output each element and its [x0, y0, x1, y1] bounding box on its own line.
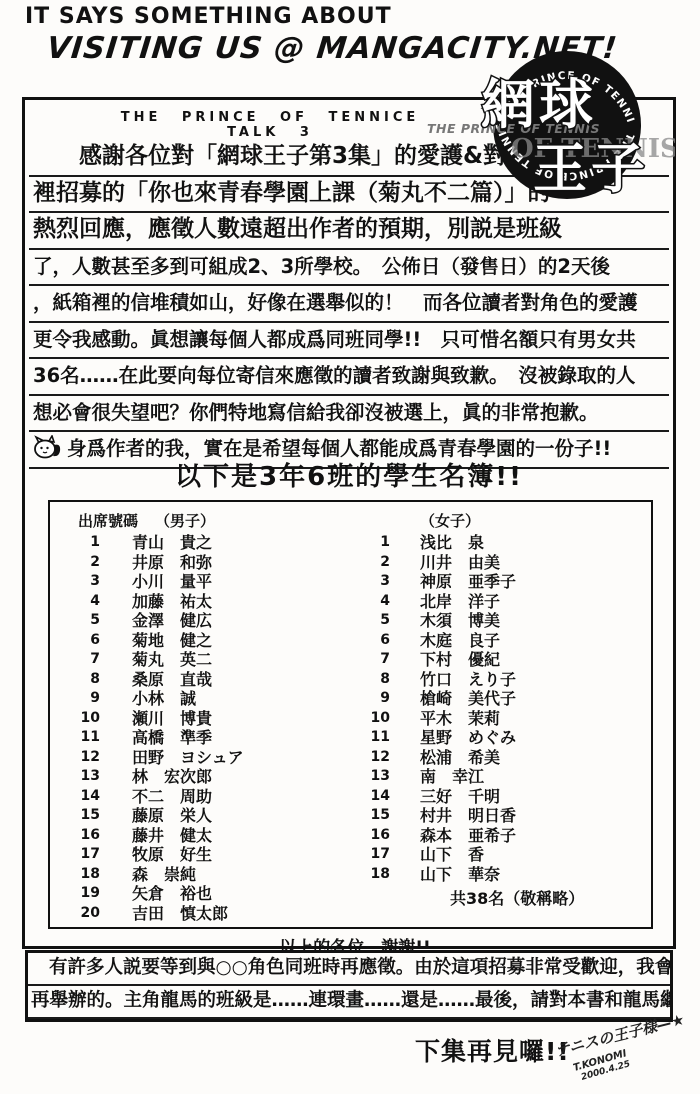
- attendance-number: 3: [50, 572, 100, 592]
- student-name: 金澤 健広: [132, 611, 212, 631]
- roster-total: 共38名（敬稱略）: [450, 886, 584, 909]
- roster-row: 14 三好 千明: [350, 787, 516, 807]
- attendance-number: 4: [350, 592, 390, 612]
- roster-row: 16 森本 亜希子: [350, 826, 516, 846]
- attendance-number: 13: [50, 767, 100, 787]
- attendance-number: 18: [350, 865, 390, 885]
- student-name: 不二 周助: [132, 787, 212, 807]
- roster-row: 20 吉田 慎太郎: [50, 904, 244, 924]
- student-name: 下村 優紀: [420, 650, 500, 670]
- attendance-number: 11: [350, 728, 390, 748]
- roster-row: 18 森 崇純: [50, 865, 244, 885]
- roster-row: 7 菊丸 英二: [50, 650, 244, 670]
- author-signature: テニスの王子様—★ T.KONOMI 2000.4.25: [553, 1022, 700, 1066]
- panel-title: THE PRINCE OF TENNICE TALK 3: [95, 110, 445, 140]
- footer-panel: 有許多人説要等到與○○角色同班時再應徵。由於這項招募非常受歡迎，我會考慮以後 再…: [25, 950, 673, 1022]
- roster-row: 13 林 宏次郎: [50, 767, 244, 787]
- attendance-number: 3: [350, 572, 390, 592]
- roster-row: 4 北岸 洋子: [350, 592, 516, 612]
- student-name: 加藤 祐太: [132, 592, 212, 612]
- boys-list: 1 青山 貴之 2 井原 和弥 3 小川 量平 4 加藤 祐太 5 金澤 健広 …: [50, 533, 244, 923]
- attendance-number: 7: [350, 650, 390, 670]
- student-name: 田野 ヨシュア: [132, 748, 244, 768]
- paragraph-line: 熱烈回應，應徵人數遠超出作者的預期，別説是班級: [29, 213, 669, 250]
- student-name: 菊地 健之: [132, 631, 212, 651]
- student-name: 藤原 栄人: [132, 806, 212, 826]
- attendance-number: 10: [50, 709, 100, 729]
- footer-line: 再舉辦的。主角龍馬的班級是……連環畫……還是……最後，請對本書和龍馬繼續支持!!: [28, 986, 670, 1019]
- roster-row: 5 木須 博美: [350, 611, 516, 631]
- student-name: 青山 貴之: [132, 533, 212, 553]
- attendance-number: 4: [50, 592, 100, 612]
- student-name: 木須 博美: [420, 611, 500, 631]
- talk-panel: THE PRINCE OF TENNICE TALK 3 感謝各位對「網球王子第…: [22, 97, 676, 949]
- roster-row: 6 菊地 健之: [50, 631, 244, 651]
- student-name: 小林 誠: [132, 689, 196, 709]
- student-name: 山下 華奈: [420, 865, 500, 885]
- attendance-number: 15: [50, 806, 100, 826]
- attendance-number: 16: [350, 826, 390, 846]
- student-name: 吉田 慎太郎: [132, 904, 228, 924]
- attendance-number: 5: [50, 611, 100, 631]
- girls-label: （女子）: [420, 510, 480, 531]
- roster-row: 14 不二 周助: [50, 787, 244, 807]
- student-name: 星野 めぐみ: [420, 728, 516, 748]
- student-name: 南 幸江: [420, 767, 484, 787]
- attendance-number: 18: [50, 865, 100, 885]
- roster-row: 4 加藤 祐太: [50, 592, 244, 612]
- roster-row: 15 藤原 栄人: [50, 806, 244, 826]
- paragraph-line: 了，人數甚至多到可組成2、3所學校。 公佈日（發售日）的2天後: [29, 250, 669, 287]
- attendance-number: 12: [50, 748, 100, 768]
- roster-row: 17 牧原 好生: [50, 845, 244, 865]
- roster-row: 19 矢倉 裕也: [50, 884, 244, 904]
- roster-row: 15 村井 明日香: [350, 806, 516, 826]
- attendance-number: 10: [350, 709, 390, 729]
- student-name: 高橋 準季: [132, 728, 212, 748]
- student-name: 井原 和弥: [132, 553, 212, 573]
- attendance-number: 11: [50, 728, 100, 748]
- attendance-number: 6: [50, 631, 100, 651]
- girls-list: 1 浅比 泉 2 川井 由美 3 神原 亜季子 4 北岸 洋子 5 木須 博美 …: [350, 533, 516, 884]
- roster-row: 18 山下 華奈: [350, 865, 516, 885]
- student-name: 神原 亜季子: [420, 572, 516, 592]
- roster-row: 16 藤井 健太: [50, 826, 244, 846]
- note-line-1: IT SAYS SOMETHING ABOUT: [25, 4, 617, 29]
- student-name: 桑原 直哉: [132, 670, 212, 690]
- attendance-number: 1: [50, 533, 100, 553]
- roster-row: 7 下村 優紀: [350, 650, 516, 670]
- roster-row: 3 小川 量平: [50, 572, 244, 592]
- attendance-number: 5: [350, 611, 390, 631]
- roster-row: 6 木庭 良子: [350, 631, 516, 651]
- student-name: 牧原 好生: [132, 845, 212, 865]
- logo-kanji-bottom: 王子: [533, 137, 649, 200]
- attendance-number: 2: [50, 553, 100, 573]
- roster-row: 10 平木 茉莉: [350, 709, 516, 729]
- roster-title: 以下是3年6班的學生名簿!!: [25, 456, 673, 493]
- roster-row: 8 桑原 直哉: [50, 670, 244, 690]
- roster-row: 12 田野 ヨシュア: [50, 748, 244, 768]
- roster-row: 9 小林 誠: [50, 689, 244, 709]
- student-name: 浅比 泉: [420, 533, 484, 553]
- student-name: 槍崎 美代子: [420, 689, 516, 709]
- attendance-number: 9: [350, 689, 390, 709]
- roster-row: 17 山下 香: [350, 845, 516, 865]
- attendance-number: 19: [50, 884, 100, 904]
- student-name: 木庭 良子: [420, 631, 500, 651]
- attendance-number: 20: [50, 904, 100, 924]
- student-name: 平木 茉莉: [420, 709, 500, 729]
- attendance-number: 12: [350, 748, 390, 768]
- roster-row: 1 青山 貴之: [50, 533, 244, 553]
- student-name: 竹口 えり子: [420, 670, 516, 690]
- student-name: 松浦 希美: [420, 748, 500, 768]
- roster-row: 2 井原 和弥: [50, 553, 244, 573]
- student-name: 菊丸 英二: [132, 650, 212, 670]
- student-name: 山下 香: [420, 845, 484, 865]
- attendance-number: 7: [50, 650, 100, 670]
- attendance-number: 13: [350, 767, 390, 787]
- student-name: 小川 量平: [132, 572, 212, 592]
- student-name: 川井 由美: [420, 553, 500, 573]
- roster-row: 9 槍崎 美代子: [350, 689, 516, 709]
- roster-row: 11 星野 めぐみ: [350, 728, 516, 748]
- student-name: 三好 千明: [420, 787, 500, 807]
- roster-row: 10 瀬川 博貴: [50, 709, 244, 729]
- attendance-number: 14: [50, 787, 100, 807]
- roster-row: 5 金澤 健広: [50, 611, 244, 631]
- roster-row: 3 神原 亜季子: [350, 572, 516, 592]
- paragraph-line: 36名……在此要向每位寄信來應徵的讀者致謝與致歉。 沒被錄取的人: [29, 359, 669, 396]
- student-name: 瀬川 博貴: [132, 709, 212, 729]
- roster-box: 出席號碼 （男子） （女子） 1 青山 貴之 2 井原 和弥 3 小川 量平 4…: [48, 500, 653, 929]
- attendance-number: 6: [350, 631, 390, 651]
- student-name: 矢倉 裕也: [132, 884, 212, 904]
- student-name: 森 崇純: [132, 865, 196, 885]
- paragraph-line: 想必會很失望吧？你們特地寫信給我卻沒被選上，眞的非常抱歉。: [29, 396, 669, 433]
- attendance-number: 1: [350, 533, 390, 553]
- logo-kanji-top: 網球: [481, 73, 597, 136]
- attendance-number: 14: [350, 787, 390, 807]
- paragraph-line: 更令我感動。眞想讓每個人都成爲同班同學!! 只可惜名額只有男女共: [29, 323, 669, 360]
- attendance-number: 2: [350, 553, 390, 573]
- attendance-number: 9: [50, 689, 100, 709]
- student-name: 藤井 健太: [132, 826, 212, 846]
- manga-omake-page: IT SAYS SOMETHING ABOUT VISITING US @ MA…: [0, 0, 700, 1094]
- student-name: 森本 亜希子: [420, 826, 516, 846]
- boys-label: （男子）: [155, 510, 215, 531]
- attendance-number: 8: [350, 670, 390, 690]
- roster-row: 11 高橋 準季: [50, 728, 244, 748]
- prince-of-tennis-logo: THE PRINCE OF TENNIS THE PRINCE OF TENNI…: [425, 45, 675, 210]
- attendance-header: 出席號碼: [78, 510, 138, 531]
- student-name: 村井 明日香: [420, 806, 516, 826]
- roster-row: 8 竹口 えり子: [350, 670, 516, 690]
- attendance-number: 17: [50, 845, 100, 865]
- attendance-number: 8: [50, 670, 100, 690]
- attendance-number: 15: [350, 806, 390, 826]
- closing-text: 下集再見囉!!: [415, 1032, 570, 1068]
- roster-row: 12 松浦 希美: [350, 748, 516, 768]
- footer-line: 有許多人説要等到與○○角色同班時再應徵。由於這項招募非常受歡迎，我會考慮以後: [28, 953, 670, 986]
- student-name: 林 宏次郎: [132, 767, 212, 787]
- roster-row: 13 南 幸江: [350, 767, 516, 787]
- attendance-number: 17: [350, 845, 390, 865]
- roster-row: 2 川井 由美: [350, 553, 516, 573]
- roster-row: 1 浅比 泉: [350, 533, 516, 553]
- attendance-number: 16: [50, 826, 100, 846]
- paragraph-line: ，紙箱裡的信堆積如山，好像在選舉似的！ 而各位讀者對角色的愛護: [29, 286, 669, 323]
- student-name: 北岸 洋子: [420, 592, 500, 612]
